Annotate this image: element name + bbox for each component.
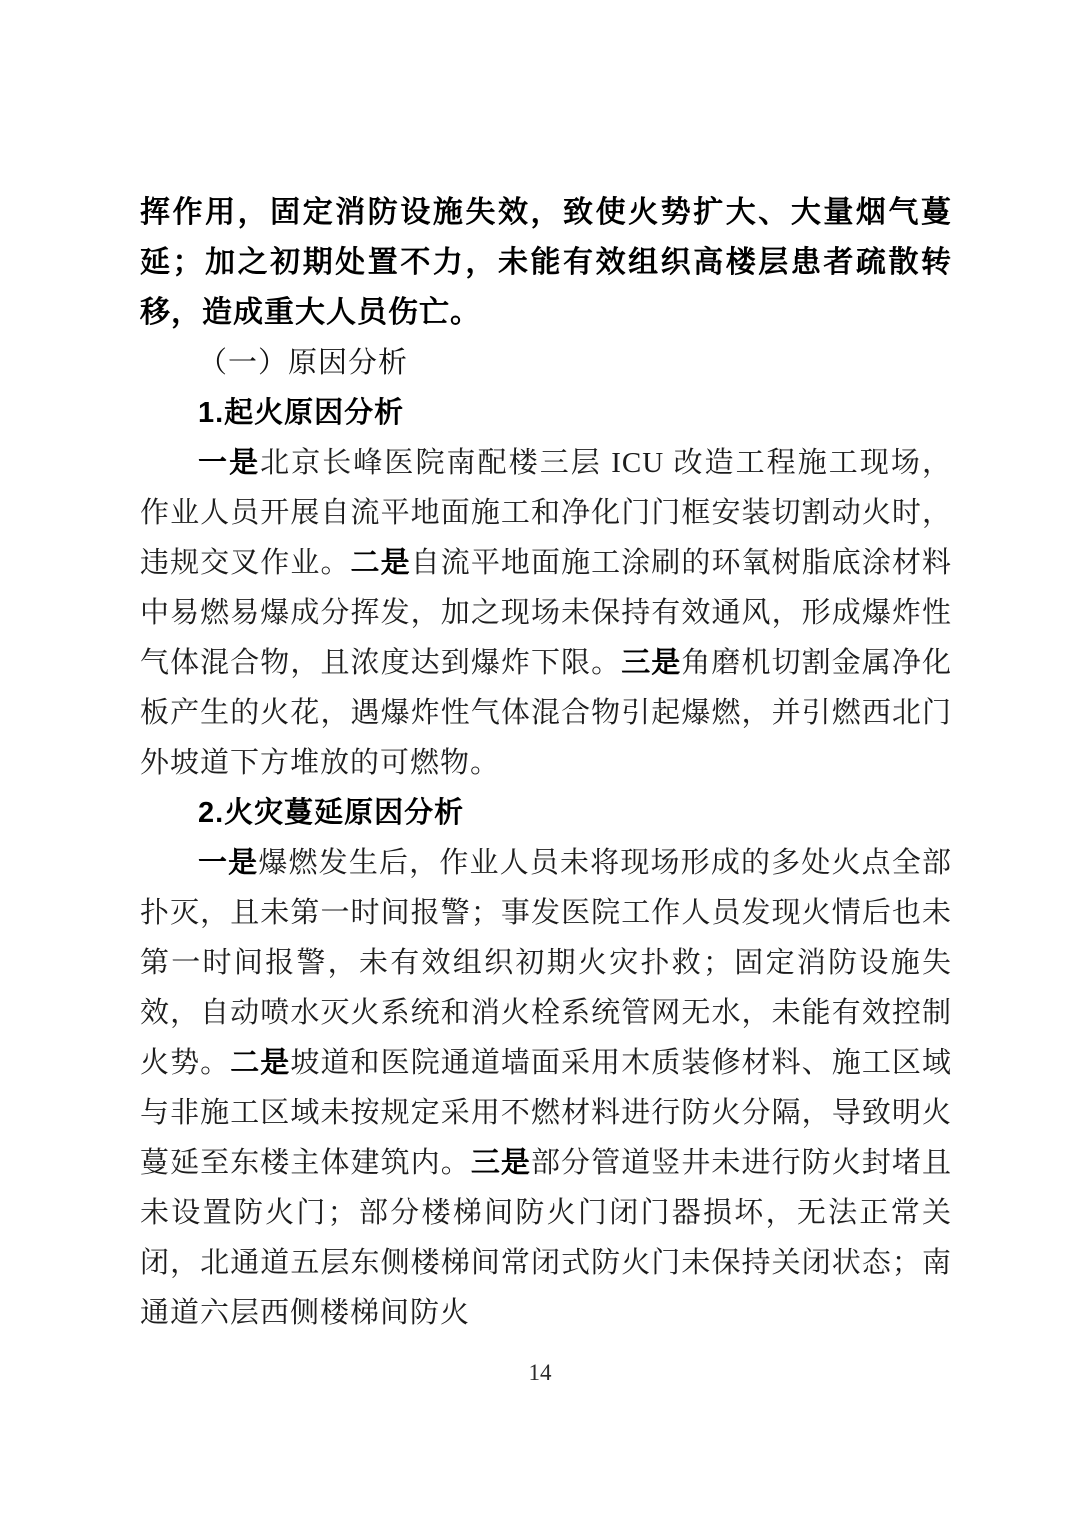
subheading-fire-spread: 2.火灾蔓延原因分析: [140, 788, 952, 838]
page-number: 14: [0, 1356, 1080, 1390]
paragraph-summary-continuation: 挥作用，固定消防设施失效，致使火势扩大、大量烟气蔓延；加之初期处置不力，未能有效…: [140, 188, 952, 338]
document-page: 挥作用，固定消防设施失效，致使火势扩大、大量烟气蔓延；加之初期处置不力，未能有效…: [0, 0, 1080, 1526]
subheading-fire-cause: 1.起火原因分析: [140, 388, 952, 438]
paragraph-fire-cause: 一是北京长峰医院南配楼三层 ICU 改造工程施工现场，作业人员开展自流平地面施工…: [140, 438, 952, 788]
document-body: 挥作用，固定消防设施失效，致使火势扩大、大量烟气蔓延；加之初期处置不力，未能有效…: [140, 188, 952, 1338]
section-heading: （一）原因分析: [140, 338, 952, 388]
paragraph-fire-spread: 一是爆燃发生后，作业人员未将现场形成的多处火点全部扑灭，且未第一时间报警；事发医…: [140, 838, 952, 1338]
